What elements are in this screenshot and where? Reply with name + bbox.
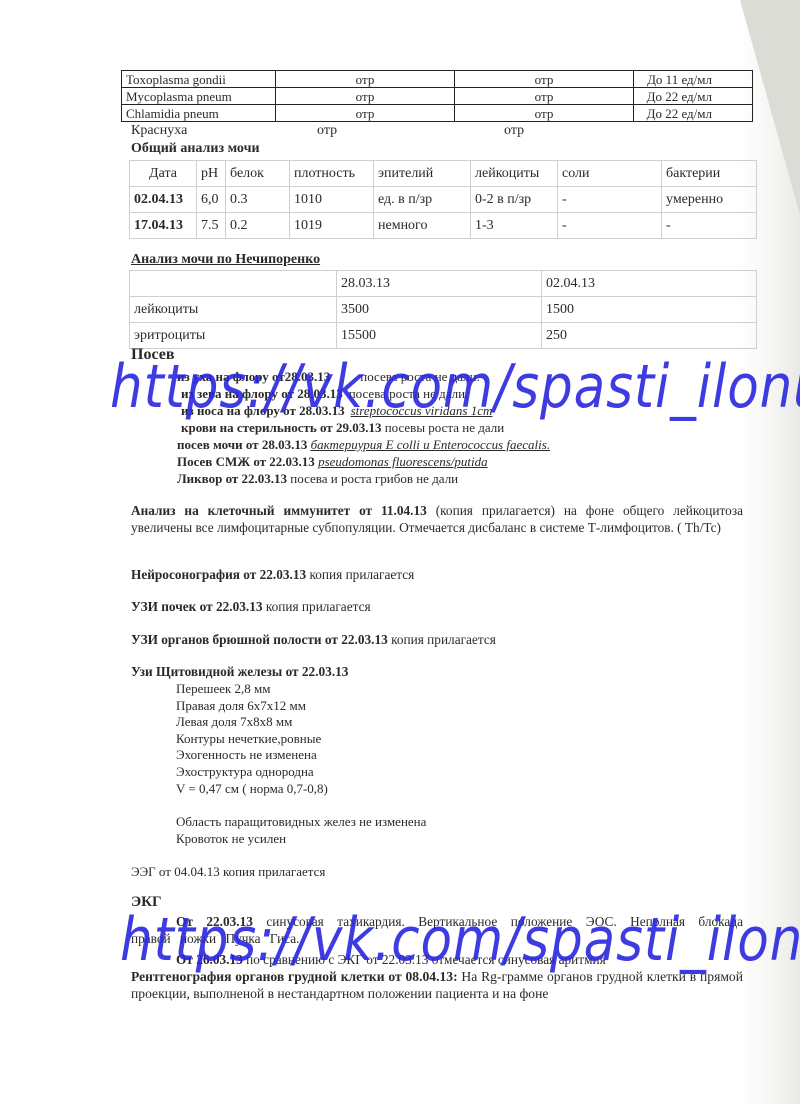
study-kidney-ultrasound: УЗИ почек от 22.03.13 копия прилагается [131,599,371,615]
table-row: Mycoplasma pneum отр отр До 22 ед/мл [122,88,753,105]
culture-item: Посев СМЖ от 22.03.13 pseudomonas fluore… [177,454,488,470]
watermark: https://vk.com/spasti_ilonu [110,352,800,422]
culture-item: крови на стерильность от 29.03.13 посевы… [181,420,504,436]
thyroid-findings: Перешеек 2,8 мм Правая доля 6х7х12 мм Ле… [176,681,426,847]
table-row: 17.04.13 7.5 0.2 1019 немного 1-3 - - [130,213,757,239]
urine-general-title: Общий анализ мочи [131,141,260,157]
culture-item: посев мочи от 28.03.13 бактериурия E col… [177,437,550,453]
urine-general-table: Дата pH белок плотность эпителий лейкоци… [129,160,757,239]
study-abdominal-ultrasound: УЗИ органов брюшной полости от 22.03.13 … [131,632,496,648]
table-row: Chlamidia pneum отр отр До 22 ед/мл [122,105,753,122]
nechiporenko-title: Анализ мочи по Нечипоренко [131,252,320,268]
immunity-paragraph: Анализ на клеточный иммунитет от 11.04.1… [131,502,743,536]
study-neurosonography: Нейросонография от 22.03.13 копия прилаг… [131,567,414,583]
eeg-line: ЭЭГ от 04.04.13 копия прилагается [131,864,325,880]
nechiporenko-table: 28.03.13 02.04.13 лейкоциты 3500 1500 эр… [129,270,757,349]
thyroid-title: Узи Щитовидной железы от 22.03.13 [131,664,348,680]
table-header-row: Дата pH белок плотность эпителий лейкоци… [130,161,757,187]
scanned-page: Toxoplasma gondii отр отр До 11 ед/мл My… [0,0,800,1104]
table-row: Toxoplasma gondii отр отр До 11 ед/мл [122,71,753,88]
table-row: лейкоциты 3500 1500 [130,297,757,323]
table-row: 02.04.13 6,0 0.3 1010 ед. в п/зр 0-2 в п… [130,187,757,213]
infection-table: Toxoplasma gondii отр отр До 11 ед/мл My… [121,70,753,122]
culture-item: Ликвор от 22.03.13 посева и роста грибов… [177,471,458,487]
table-header-row: 28.03.13 02.04.13 [130,271,757,297]
table-row: эритроциты 15500 250 [130,323,757,349]
watermark: https://vk.com/spasti_ilonu [120,905,800,975]
